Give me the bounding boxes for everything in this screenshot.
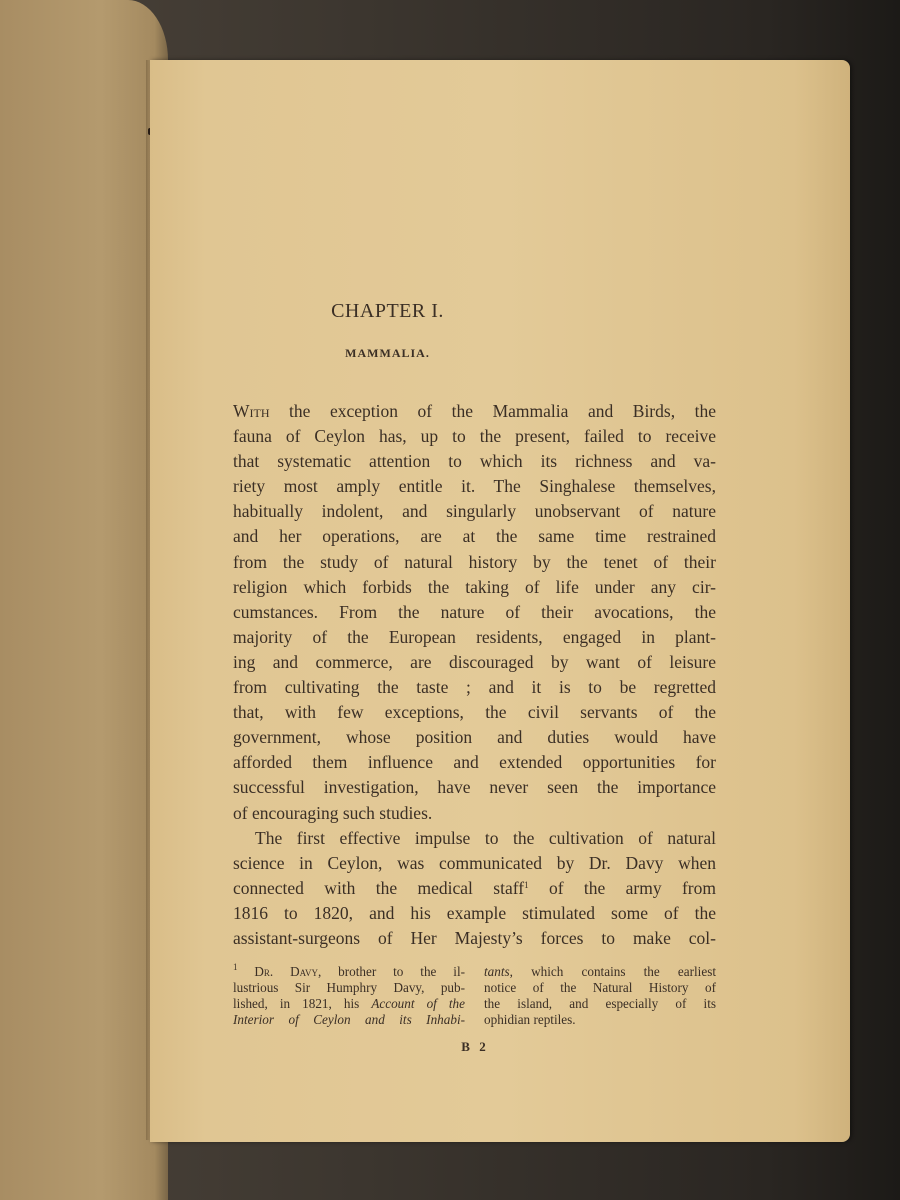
footnote-line: ophidian reptiles. [484, 1012, 716, 1028]
text-line: 1816 to 1820, and his example stimulated… [233, 901, 716, 926]
book-title-italic: Account of the [371, 996, 465, 1011]
signature-mark: B 2 [0, 1039, 900, 1055]
footnote-line: the island, and especially of its [484, 996, 716, 1012]
line-text: , which contains the earliest [510, 964, 716, 979]
text-line: of encouraging such studies. [233, 801, 716, 826]
line-text: connected with the medical staff [233, 878, 524, 898]
text-line: habitually indolent, and singularly unob… [233, 499, 716, 524]
text-line: majority of the European residents, enga… [233, 625, 716, 650]
book-cover-left [0, 0, 168, 1200]
chapter-subtitle: MAMMALIA. [0, 346, 775, 361]
text-line: science in Ceylon, was communicated by D… [233, 851, 716, 876]
text-line: fauna of Ceylon has, up to the present, … [233, 424, 716, 449]
text-line: successful investigation, have never see… [233, 775, 716, 800]
line-text: , brother to the il- [318, 964, 465, 979]
text-line: afforded them influence and extended opp… [233, 750, 716, 775]
text-line: With the exception of the Mammalia and B… [233, 399, 716, 424]
footnote-column-left: 1 Dr. Davy, brother to the il- lustrious… [233, 964, 465, 1028]
footnote-line: lustrious Sir Humphry Davy, pub- [233, 980, 465, 996]
text-line: assistant-surgeons of Her Majesty’s forc… [233, 926, 716, 951]
text-line: that, with few exceptions, the civil ser… [233, 700, 716, 725]
text-line: ing and commerce, are discouraged by wan… [233, 650, 716, 675]
text-line: from cultivating the taste ; and it is t… [233, 675, 716, 700]
text-line: cumstances. From the nature of their avo… [233, 600, 716, 625]
text-line: and her operations, are at the same time… [233, 524, 716, 549]
text-line: government, whose position and duties wo… [233, 725, 716, 750]
text-line: that systematic attention to which its r… [233, 449, 716, 474]
line-text: of the army from [529, 878, 716, 898]
line-text: lished, in 1821, his [233, 996, 371, 1011]
footnote-column-right: tants, which contains the earliest notic… [484, 964, 716, 1028]
footnote-name: Dr. Davy [254, 964, 318, 979]
book-title-italic: tants [484, 964, 510, 979]
footnote-line: lished, in 1821, his Account of the [233, 996, 465, 1012]
chapter-title: CHAPTER I. [0, 300, 775, 323]
footnote-line: tants, which contains the earliest [484, 964, 716, 980]
text-line: religion which forbids the taking of lif… [233, 575, 716, 600]
body-paragraphs: With the exception of the Mammalia and B… [233, 399, 716, 951]
text-line: The first effective impulse to the culti… [233, 826, 716, 851]
book-title-italic: Interior of Ceylon and its Inhabi- [233, 1012, 465, 1027]
drop-word: With [233, 401, 270, 421]
text-line: connected with the medical staff1 of the… [233, 876, 716, 901]
footnote-line: notice of the Natural History of [484, 980, 716, 996]
line-text: the exception of the Mammalia and Birds,… [270, 401, 716, 421]
text-line: from the study of natural history by the… [233, 550, 716, 575]
footnote-line: 1 Dr. Davy, brother to the il- [233, 964, 465, 980]
footnote-line: Interior of Ceylon and its Inhabi- [233, 1012, 465, 1028]
text-line: riety most amply entitle it. The Singhal… [233, 474, 716, 499]
footnote-marker: 1 [233, 962, 238, 972]
